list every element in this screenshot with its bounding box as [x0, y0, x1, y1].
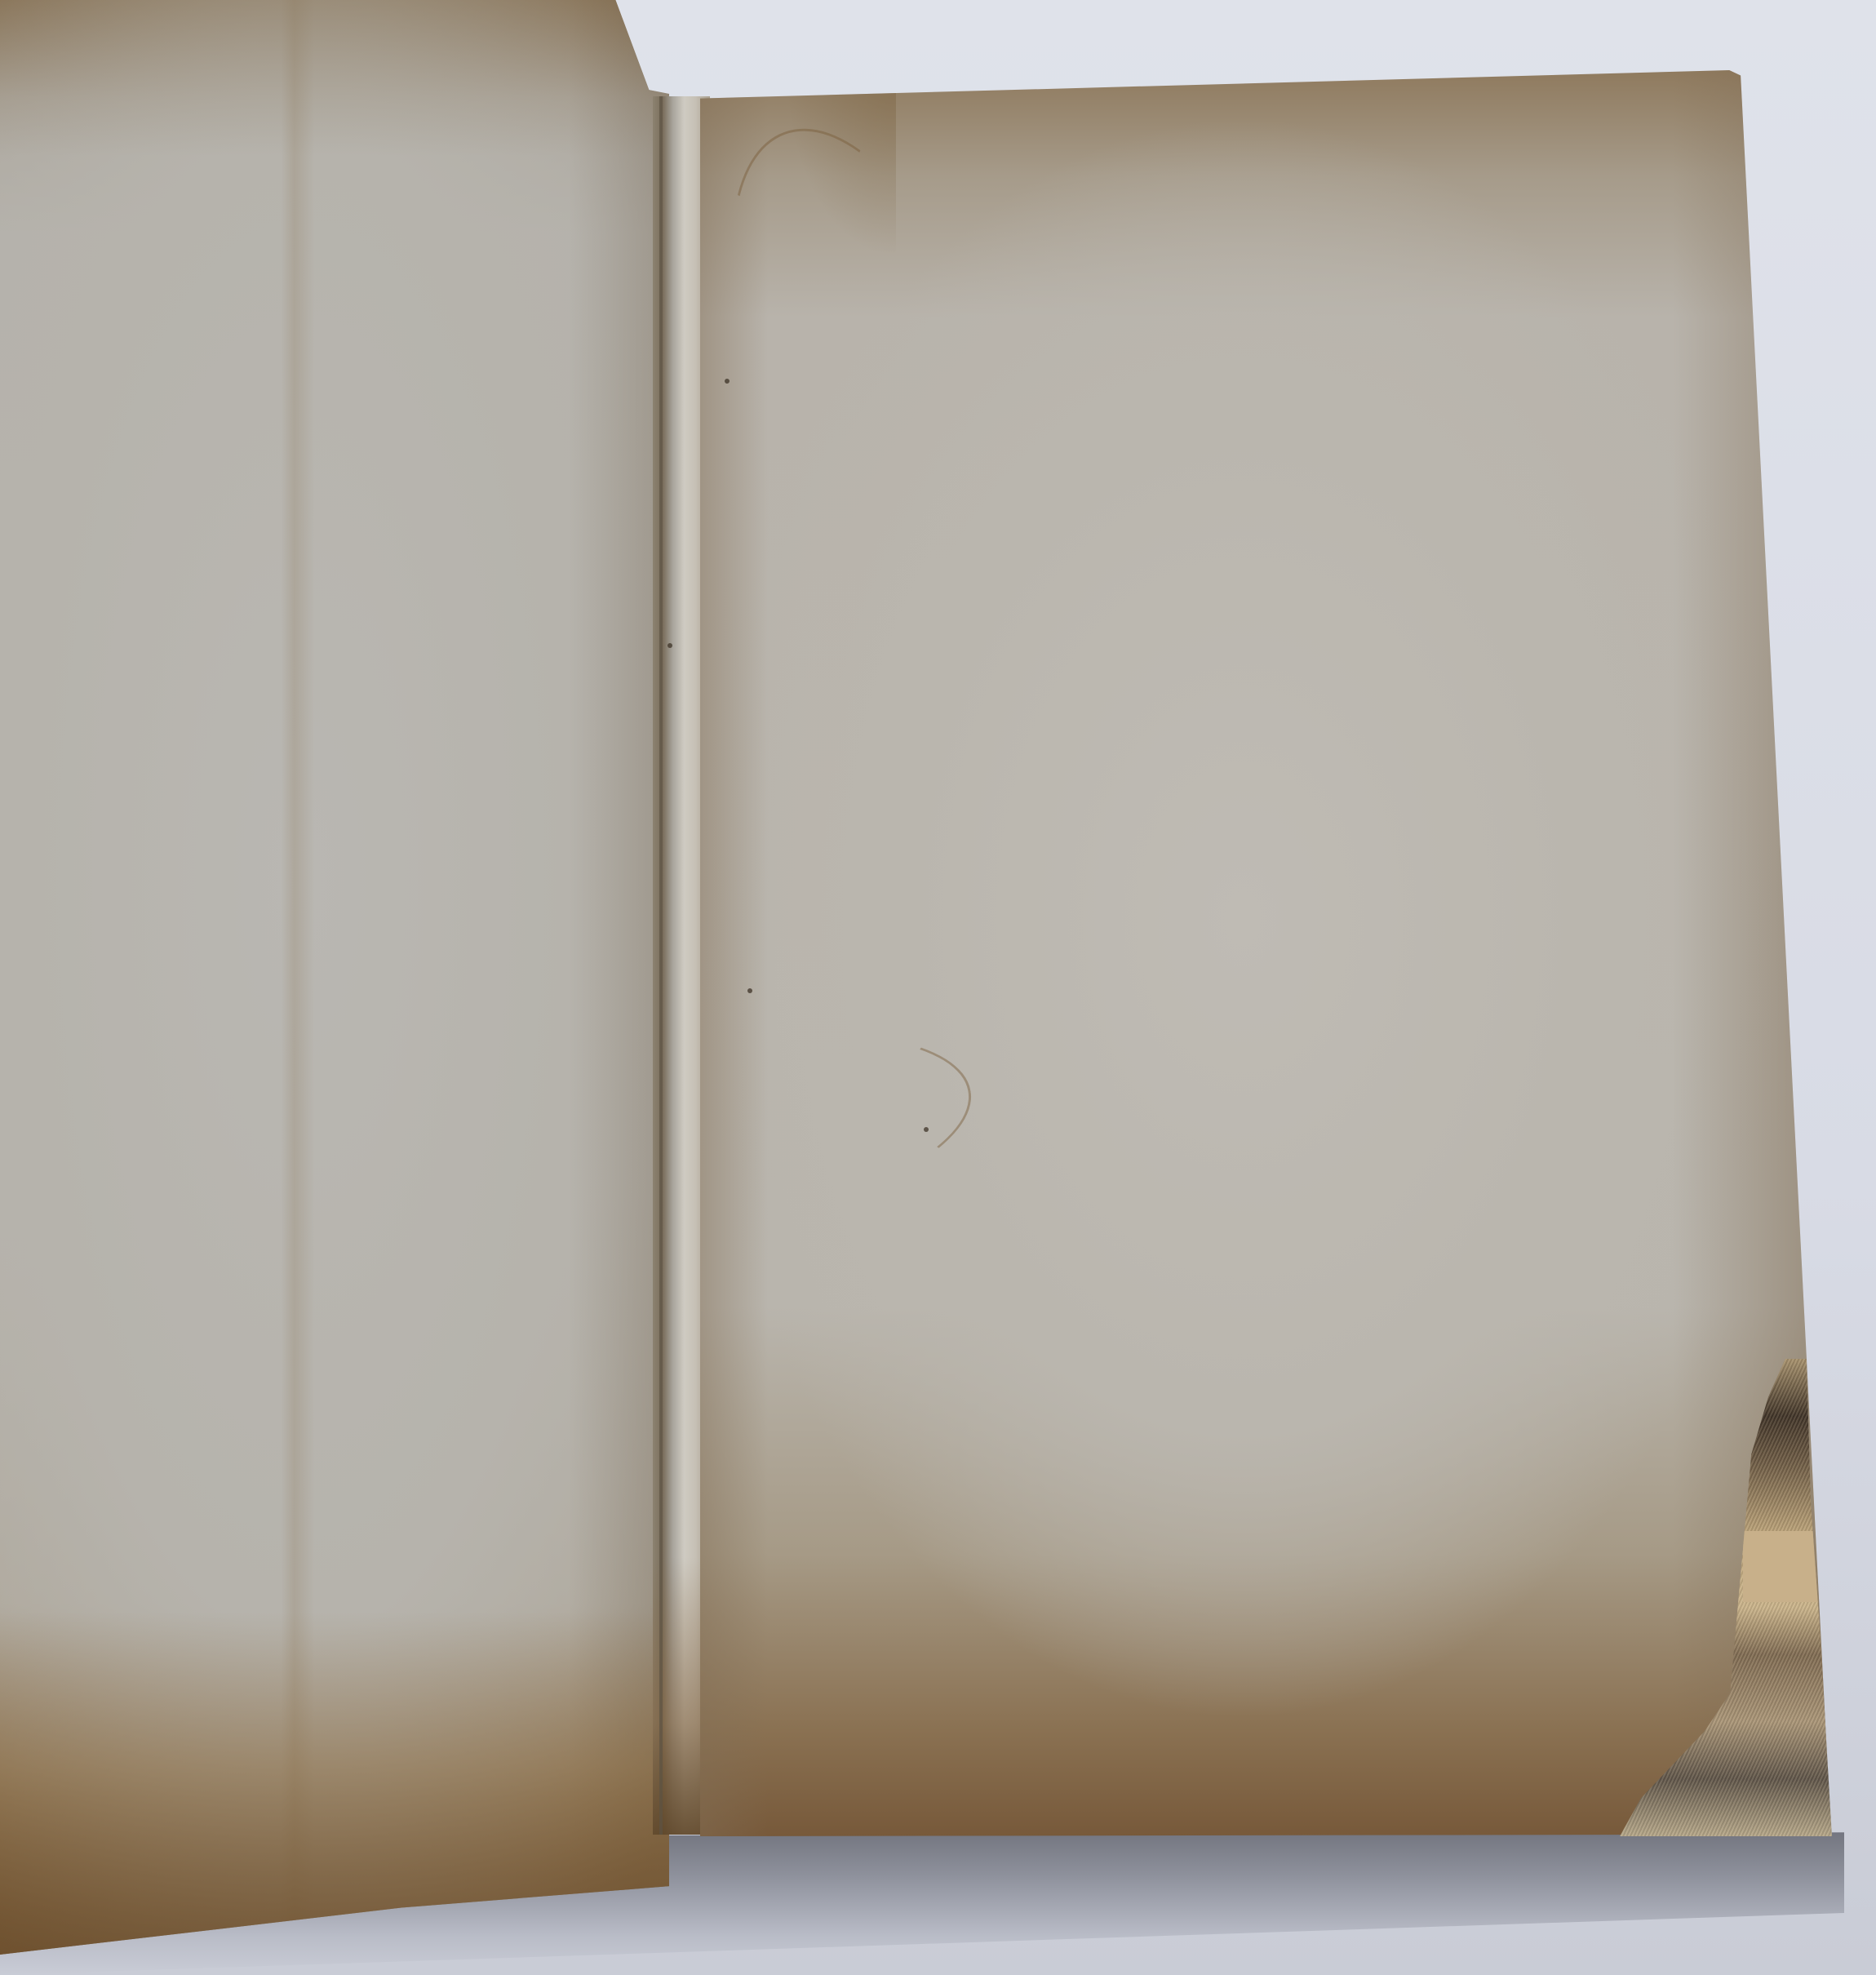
left-page-endpaper	[0, 0, 669, 1955]
speck	[924, 1127, 929, 1132]
speck	[747, 988, 752, 993]
gutter-crease	[659, 96, 663, 1835]
photo-scene	[0, 0, 1876, 1975]
speck	[725, 379, 730, 384]
right-page-flyleaf	[700, 70, 1831, 1836]
speck	[667, 643, 672, 648]
water-stain-top	[682, 95, 1033, 572]
